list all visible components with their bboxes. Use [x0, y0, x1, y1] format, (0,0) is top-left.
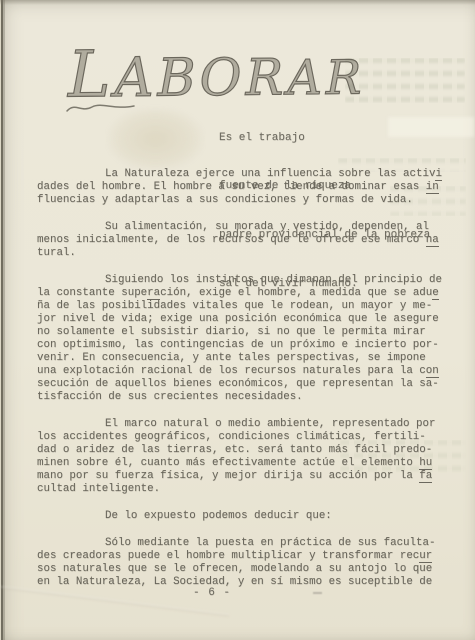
text-line: ña de las posibilidades vitales que le r… — [37, 300, 445, 313]
hyphenation-underline: fa — [419, 470, 432, 483]
hyphenation-underline: in — [426, 181, 439, 194]
title-underline-flourish — [64, 99, 138, 115]
paragraph: La Naturaleza ejerce una influencia sobr… — [37, 168, 445, 207]
page-number: - 6 - — [193, 587, 231, 599]
text-segment: des creadoras puede el hombre multiplica… — [37, 550, 419, 562]
text-line: De lo expuesto podemos deducir que: — [37, 510, 445, 523]
hyphenation-underline: ra — [147, 287, 160, 300]
text-line: tural. — [37, 247, 445, 260]
text-line: tisfacción de sus crecientes necesidades… — [37, 391, 445, 404]
text-segment: De lo expuesto podemos deducir que: — [105, 510, 332, 522]
hyphenation-underline: on — [426, 365, 439, 378]
text-segment: El marco natural o medio ambiente, repre… — [105, 418, 435, 430]
text-line: la constante superación, exige el hombre… — [37, 287, 445, 300]
hyphenation-underline: ur — [419, 550, 432, 563]
text-line: La Naturaleza ejerce una influencia sobr… — [37, 168, 445, 181]
hyphenation-underline: hu — [419, 457, 432, 470]
epigraph-line: Es el trabajo — [219, 130, 430, 146]
text-line: Sólo mediante la puesta en práctica de s… — [37, 537, 445, 550]
title-letter: B — [157, 42, 200, 114]
text-segment: dades del hombre. El hombre a su vez, ti… — [37, 181, 426, 193]
text-line: Su alimentación, su morada y vestido, de… — [37, 221, 445, 234]
text-line: cultad inteligente. — [37, 483, 445, 496]
text-line: no solamente el subsistir diario, si no … — [37, 326, 445, 339]
text-line: menos inicialmente, de los recursos que … — [37, 234, 445, 247]
text-segment: ción, exige el hombre, a medida que se a… — [160, 287, 432, 299]
text-line: fluencias y adaptarlas a sus condiciones… — [37, 194, 445, 207]
text-segment: menos inicialmente, de los recursos que … — [37, 234, 426, 246]
text-line: secución de aquellos bienes económicos, … — [37, 378, 445, 391]
text-segment: en la Naturaleza, La Sociedad, y en sí m… — [37, 576, 432, 588]
paragraph: El marco natural o medio ambiente, repre… — [37, 418, 445, 496]
text-line: los accidentes geográficos, condiciones … — [37, 431, 445, 444]
text-segment: tural. — [37, 247, 76, 259]
scanned-page: LABORAR Es el trabajo fuente de la rique… — [0, 0, 475, 640]
text-segment: venir. En consecuencia, y ante tales per… — [37, 352, 426, 364]
text-line: sos naturales que se le ofrecen, modelan… — [37, 563, 445, 576]
paragraph: Sólo mediante la puesta en práctica de s… — [37, 537, 445, 589]
text-segment: cultad inteligente. — [37, 483, 160, 495]
text-segment: minen sobre él, cuanto más efectivamente… — [37, 457, 419, 469]
text-line: des creadoras puede el hombre multiplica… — [37, 550, 445, 563]
text-segment: Sólo mediante la puesta en práctica de s… — [105, 537, 435, 549]
paragraph: De lo expuesto podemos deducir que: — [37, 510, 445, 523]
text-segment: jor nivel de vida; exige una posición ec… — [37, 313, 439, 325]
text-segment: tisfacción de sus crecientes necesidades… — [37, 391, 303, 403]
text-line: Siguiendo los instintos que dimanan del … — [37, 274, 445, 287]
text-segment: sos naturales que se le ofrecen, modelan… — [37, 563, 432, 575]
text-segment: Su alimentación, su morada y vestido, de… — [105, 221, 429, 233]
hyphenation-underline: na — [426, 234, 439, 247]
body-text: La Naturaleza ejerce una influencia sobr… — [37, 168, 445, 603]
page-edge-shadow-top — [0, 0, 475, 5]
text-segment: la constante supe — [37, 287, 147, 299]
text-segment: Siguiendo los instintos que dimanan del … — [105, 274, 442, 286]
text-segment: La Naturaleza ejerce una influencia sobr… — [105, 168, 435, 180]
text-segment: no solamente el subsistir diario, si no … — [37, 326, 426, 338]
text-segment: con optimismo, las contingencias de un p… — [37, 339, 439, 351]
text-line: minen sobre él, cuanto más efectivamente… — [37, 457, 445, 470]
text-segment: ña de las posibilidades vitales que le r… — [37, 300, 432, 312]
paragraph: Su alimentación, su morada y vestido, de… — [37, 221, 445, 260]
text-line: una explotación racional de los recursos… — [37, 365, 445, 378]
text-line: El marco natural o medio ambiente, repre… — [37, 418, 445, 431]
text-segment: fluencias y adaptarlas a sus condiciones… — [37, 194, 413, 206]
hyphenation-underline: e — [432, 287, 438, 300]
text-segment: dad o aridez de las tierras, etc. será t… — [37, 444, 432, 456]
text-segment: mano por su fuerza física, y mejor dirij… — [37, 470, 419, 482]
page-edge-shadow-left — [0, 0, 8, 640]
text-line: dades del hombre. El hombre a su vez, ti… — [37, 181, 445, 194]
text-line: mano por su fuerza física, y mejor dirij… — [37, 470, 445, 483]
text-line: venir. En consecuencia, y ante tales per… — [37, 352, 445, 365]
text-line: con optimismo, las contingencias de un p… — [37, 339, 445, 352]
text-line: jor nivel de vida; exige una posición ec… — [37, 313, 445, 326]
paragraph: Siguiendo los instintos que dimanan del … — [37, 274, 445, 404]
text-segment: los accidentes geográficos, condiciones … — [37, 431, 426, 443]
text-segment: secución de aquellos bienes económicos, … — [37, 378, 439, 390]
text-line: en la Naturaleza, La Sociedad, y en sí m… — [37, 576, 445, 589]
text-line: dad o aridez de las tierras, etc. será t… — [37, 444, 445, 457]
hyphenation-underline: i — [435, 168, 441, 181]
text-segment: una explotación racional de los recursos… — [37, 365, 426, 377]
